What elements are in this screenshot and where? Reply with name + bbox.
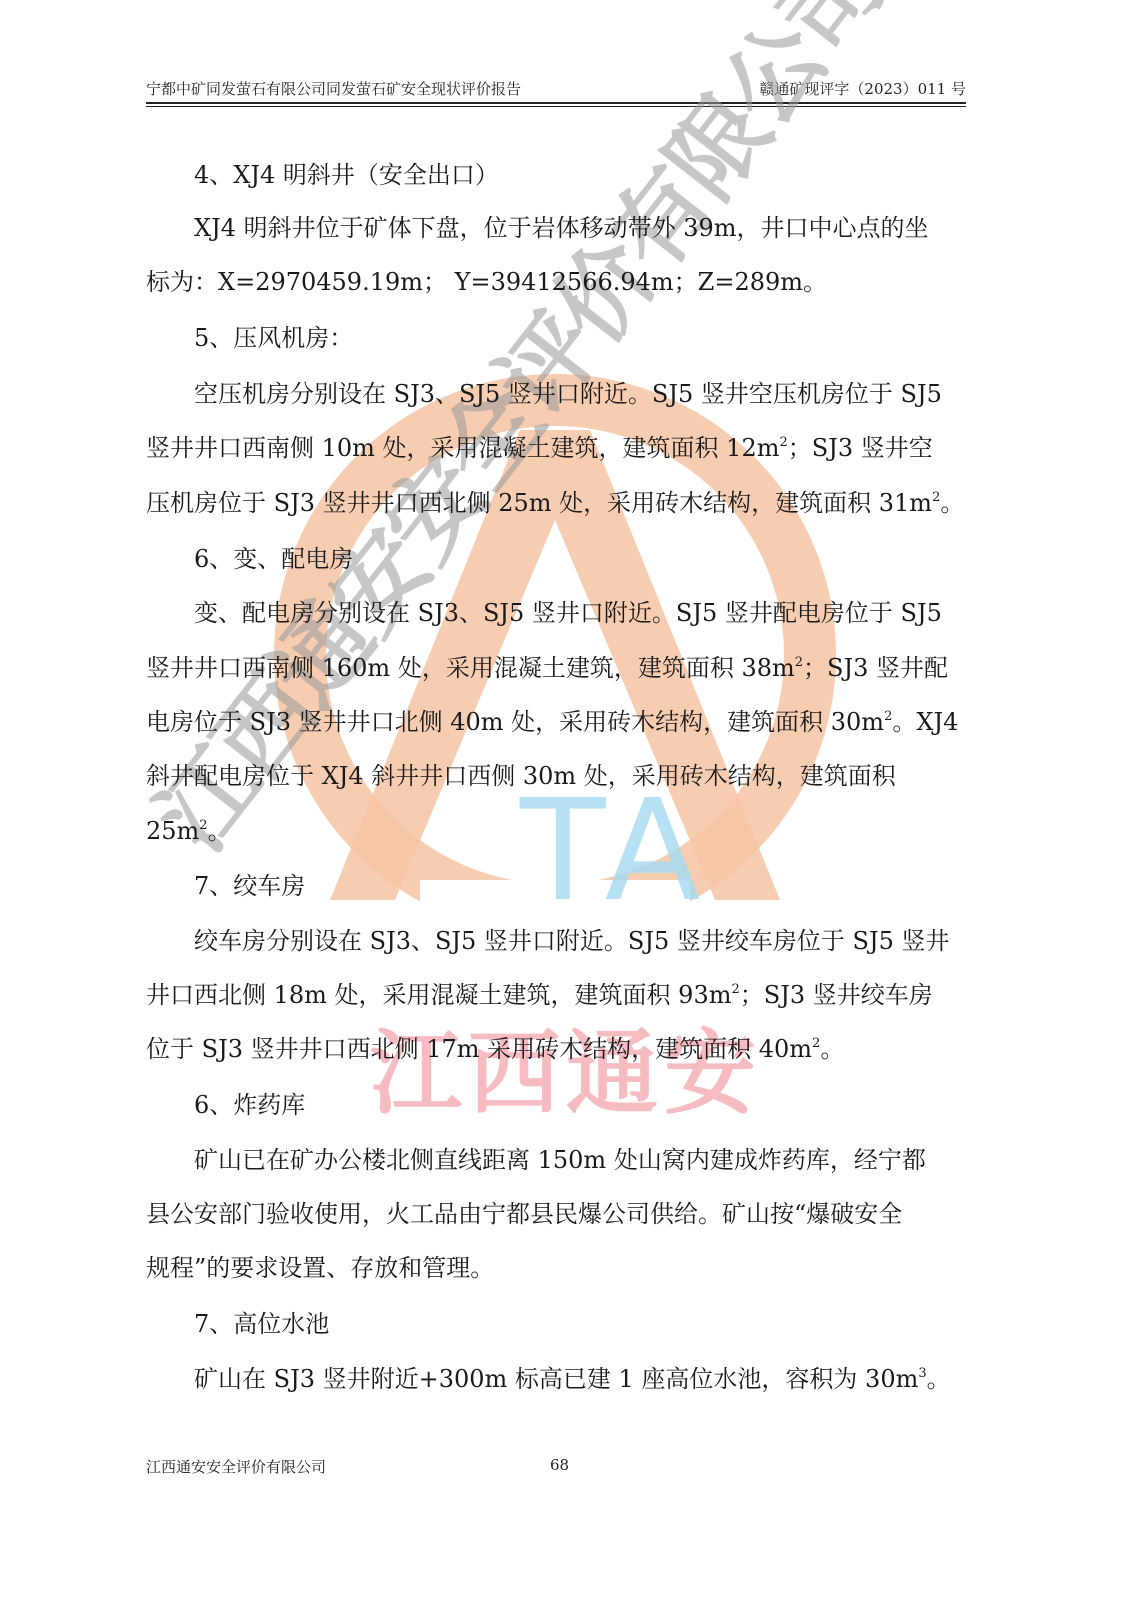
line-text: 。: [208, 817, 232, 845]
paragraph-line: 规程”的要求设置、存放和管理。: [146, 1253, 494, 1283]
header-rule: [146, 102, 966, 104]
line-text: 25m: [146, 817, 199, 845]
paragraph-line: 空压机房分别设在 SJ3、SJ5 竖井口附近。SJ5 竖井空压机房位于 SJ5: [194, 379, 942, 409]
line-text: 竖井井口西南侧 160m 处，采用混凝土建筑，建筑面积 38m: [146, 654, 795, 682]
paragraph-line: 井口西北侧 18m 处，采用混凝土建筑，建筑面积 93m2；SJ3 竖井绞车房: [146, 980, 933, 1010]
section-heading: 5、压风机房：: [194, 323, 353, 353]
line-text: 竖井井口西南侧 10m 处，采用混凝土建筑，建筑面积 12m: [146, 434, 779, 462]
section-heading: 7、绞车房: [194, 871, 305, 901]
paragraph-line: 压机房位于 SJ3 竖井井口西北侧 25m 处，采用砖木结构，建筑面积 31m2…: [146, 488, 964, 518]
paragraph-line: 县公安部门验收使用，火工品由宁都县民爆公司供给。矿山按“爆破安全: [146, 1199, 902, 1229]
page-header: 宁都中矿同发萤石有限公司同发萤石矿安全现状评价报告 赣通矿现评字（2023）01…: [146, 78, 966, 104]
superscript: 2: [199, 818, 207, 833]
section-heading: 4、XJ4 明斜井（安全出口）: [194, 160, 499, 190]
paragraph-line: 25m2。: [146, 816, 232, 846]
line-text: ；SJ3 竖井绞车房: [740, 981, 933, 1009]
paragraph-line: 矿山已在矿办公楼北侧直线距离 150m 处山窝内建成炸药库，经宁都: [194, 1145, 926, 1175]
paragraph-line: 变、配电房分别设在 SJ3、SJ5 竖井口附近。SJ5 竖井配电房位于 SJ5: [194, 598, 942, 628]
footer-company: 江西通安安全评价有限公司: [146, 1456, 326, 1477]
section-heading: 7、高位水池: [194, 1309, 329, 1339]
paragraph-line: 矿山在 SJ3 竖井附近+300m 标高已建 1 座高位水池，容积为 30m3。: [194, 1364, 951, 1394]
document-number: 赣通矿现评字（2023）011 号: [759, 78, 966, 99]
document-page: 宁都中矿同发萤石有限公司同发萤石矿安全现状评价报告 赣通矿现评字（2023）01…: [0, 0, 1131, 1600]
header-rule-thin: [146, 106, 966, 107]
paragraph-line: 电房位于 SJ3 竖井井口北侧 40m 处，采用砖木结构，建筑面积 30m2。X…: [146, 707, 958, 737]
line-text: 电房位于 SJ3 竖井井口北侧 40m 处，采用砖木结构，建筑面积 30m: [146, 708, 884, 736]
superscript: 2: [795, 655, 803, 670]
page-footer: 江西通安安全评价有限公司 68: [146, 1456, 966, 1478]
line-text: 压机房位于 SJ3 竖井井口西北侧 25m 处，采用砖木结构，建筑面积 31m: [146, 489, 932, 517]
section-heading: 6、炸药库: [194, 1090, 305, 1120]
line-text: 。XJ4: [892, 708, 958, 736]
paragraph-line: 竖井井口西南侧 160m 处，采用混凝土建筑，建筑面积 38m2；SJ3 竖井配: [146, 653, 948, 683]
superscript: 2: [779, 435, 787, 450]
superscript: 2: [731, 982, 739, 997]
line-text: ；SJ3 竖井空: [788, 434, 933, 462]
paragraph-line: 位于 SJ3 竖井井口西北侧 17m 采用砖木结构，建筑面积 40m2。: [146, 1034, 844, 1064]
line-text: ；SJ3 竖井配: [803, 654, 948, 682]
page-number: 68: [550, 1456, 569, 1474]
line-text: 。: [927, 1365, 951, 1393]
line-text: 井口西北侧 18m 处，采用混凝土建筑，建筑面积 93m: [146, 981, 731, 1009]
watermark-letters: TA: [520, 770, 710, 933]
line-text: 。: [820, 1035, 844, 1063]
line-text: 。: [940, 489, 964, 517]
superscript: 3: [918, 1366, 926, 1381]
paragraph-line: XJ4 明斜井位于矿体下盘，位于岩体移动带外 39m，井口中心点的坐: [194, 213, 929, 243]
watermark-brand: 江西通安: [370, 1000, 762, 1132]
paragraph-line: 绞车房分别设在 SJ3、SJ5 竖井口附近。SJ5 竖井绞车房位于 SJ5 竖井: [194, 926, 949, 956]
report-title: 宁都中矿同发萤石有限公司同发萤石矿安全现状评价报告: [146, 78, 521, 99]
section-heading: 6、变、配电房: [194, 544, 353, 574]
paragraph-line: 标为：X=2970459.19m； Y=39412566.94m；Z=289m。: [146, 267, 827, 297]
paragraph-line: 竖井井口西南侧 10m 处，采用混凝土建筑，建筑面积 12m2；SJ3 竖井空: [146, 433, 933, 463]
paragraph-line: 斜井配电房位于 XJ4 斜井井口西侧 30m 处，采用砖木结构，建筑面积: [146, 761, 896, 791]
line-text: 矿山在 SJ3 竖井附近+300m 标高已建 1 座高位水池，容积为 30m: [194, 1365, 918, 1393]
line-text: 位于 SJ3 竖井井口西北侧 17m 采用砖木结构，建筑面积 40m: [146, 1035, 812, 1063]
